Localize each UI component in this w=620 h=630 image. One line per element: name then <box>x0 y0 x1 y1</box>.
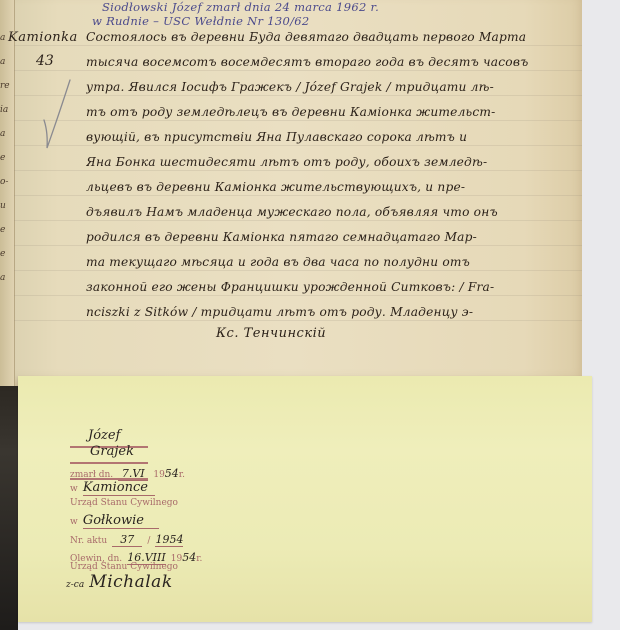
record-line: тысяча восемсотъ восемдесятъ втораго год… <box>86 55 576 69</box>
record-number-row: Nr. aktu 37 / 1954 <box>70 528 183 547</box>
ruled-line <box>14 195 582 196</box>
margin-place-name: Kamionka <box>8 30 78 45</box>
spine-fragment: a <box>0 122 10 146</box>
record-line: та текущаго мѣсяца и года въ два часа по… <box>86 255 576 269</box>
record-line: вующiй, въ присутствiи Яна Пулавскаго со… <box>86 130 576 144</box>
ruled-line <box>14 270 582 271</box>
register-page: a a re ia a e o- u e e a Siodłowski Józe… <box>0 0 582 386</box>
ruled-line <box>14 145 582 146</box>
spine-fragment: a <box>0 50 10 74</box>
official-signature: Michalak <box>89 572 172 592</box>
spine-fragment: a <box>0 266 10 290</box>
ruled-line <box>14 120 582 121</box>
office-place-row: w Gołkowie <box>70 509 159 529</box>
spine-fragment: u <box>0 194 10 218</box>
office-place-label: w <box>70 517 78 527</box>
spine-fragment: re <box>0 74 10 98</box>
priest-signature: Кс. Тенчинскiй <box>216 326 326 341</box>
spine-fragment: ia <box>0 98 10 122</box>
annotation-line-1: Siodłowski Józef zmarł dnia 24 marca 196… <box>102 0 379 14</box>
ruled-line <box>14 170 582 171</box>
death-year: 54 <box>165 467 179 480</box>
ruled-line <box>14 45 582 46</box>
record-line: родился въ деревни Камiонка пятаго семна… <box>86 230 576 244</box>
office-label-2: Urząd Stanu Cywilnego <box>70 562 178 572</box>
facing-page-spine: a a re ia a e o- u e e a <box>0 0 15 386</box>
spine-fragment: e <box>0 146 10 170</box>
place-label: w <box>70 484 78 494</box>
spine-fragment: e <box>0 218 10 242</box>
signature-prefix: z-ca <box>66 580 84 590</box>
annotation-line-2: w Rudnie – USC Wełdnie Nr 130/62 <box>92 14 310 28</box>
death-place-row: w Kamionce <box>70 476 155 496</box>
issue-suffix: r. <box>196 554 202 564</box>
record-line: тъ отъ роду земледѣлецъ въ деревни Камiо… <box>86 105 576 119</box>
death-place: Kamionce <box>83 480 155 496</box>
died-suffix: r. <box>179 470 185 480</box>
entry-number: 43 <box>36 53 54 69</box>
record-line: дъявилъ Намъ младенца мужескаго пола, об… <box>86 205 576 219</box>
died-year-prefix: 19 <box>153 470 164 480</box>
ruled-line <box>14 70 582 71</box>
official-signature-row: z-ca Michalak <box>66 572 173 592</box>
record-line: Яна Бонка шестидесяти лѣтъ отъ роду, обо… <box>86 155 576 169</box>
ruled-line <box>14 245 582 246</box>
record-line: законной его жены Францишки урожденной С… <box>86 280 576 294</box>
spine-fragments: a a re ia a e o- u e e a <box>0 26 10 290</box>
ruled-line <box>14 220 582 221</box>
ruled-line <box>14 95 582 96</box>
death-notice-slip: Józef Grajek zmarł dn. 7.VI 1954r. w Kam… <box>18 376 592 622</box>
spine-fragment: o- <box>0 170 10 194</box>
background-dark-edge <box>0 375 18 630</box>
checkmark-icon <box>40 72 80 152</box>
record-line: Состоялось въ деревни Буда девятаго двад… <box>86 30 576 44</box>
spine-fragment: e <box>0 242 10 266</box>
ruled-line <box>14 320 582 321</box>
office-place: Gołkowie <box>83 513 159 529</box>
ruled-line <box>14 295 582 296</box>
deceased-last-name: Grajek <box>90 444 134 459</box>
nr-label: Nr. aktu <box>70 536 107 546</box>
issue-year: 54 <box>182 551 196 564</box>
record-line: nciszki z Sitków / тридцати лѣтъ отъ род… <box>86 305 576 319</box>
record-year: 1954 <box>155 533 183 547</box>
record-line: льцевъ въ деревни Камiонка жительствующи… <box>86 180 576 194</box>
record-number: 37 <box>112 533 142 547</box>
record-line: утра. Явился Іосифъ Гражекъ / Józef Graj… <box>86 80 576 94</box>
office-label-1: Urząd Stanu Cywilnego <box>70 498 178 508</box>
deceased-first-name: Józef <box>88 428 120 443</box>
